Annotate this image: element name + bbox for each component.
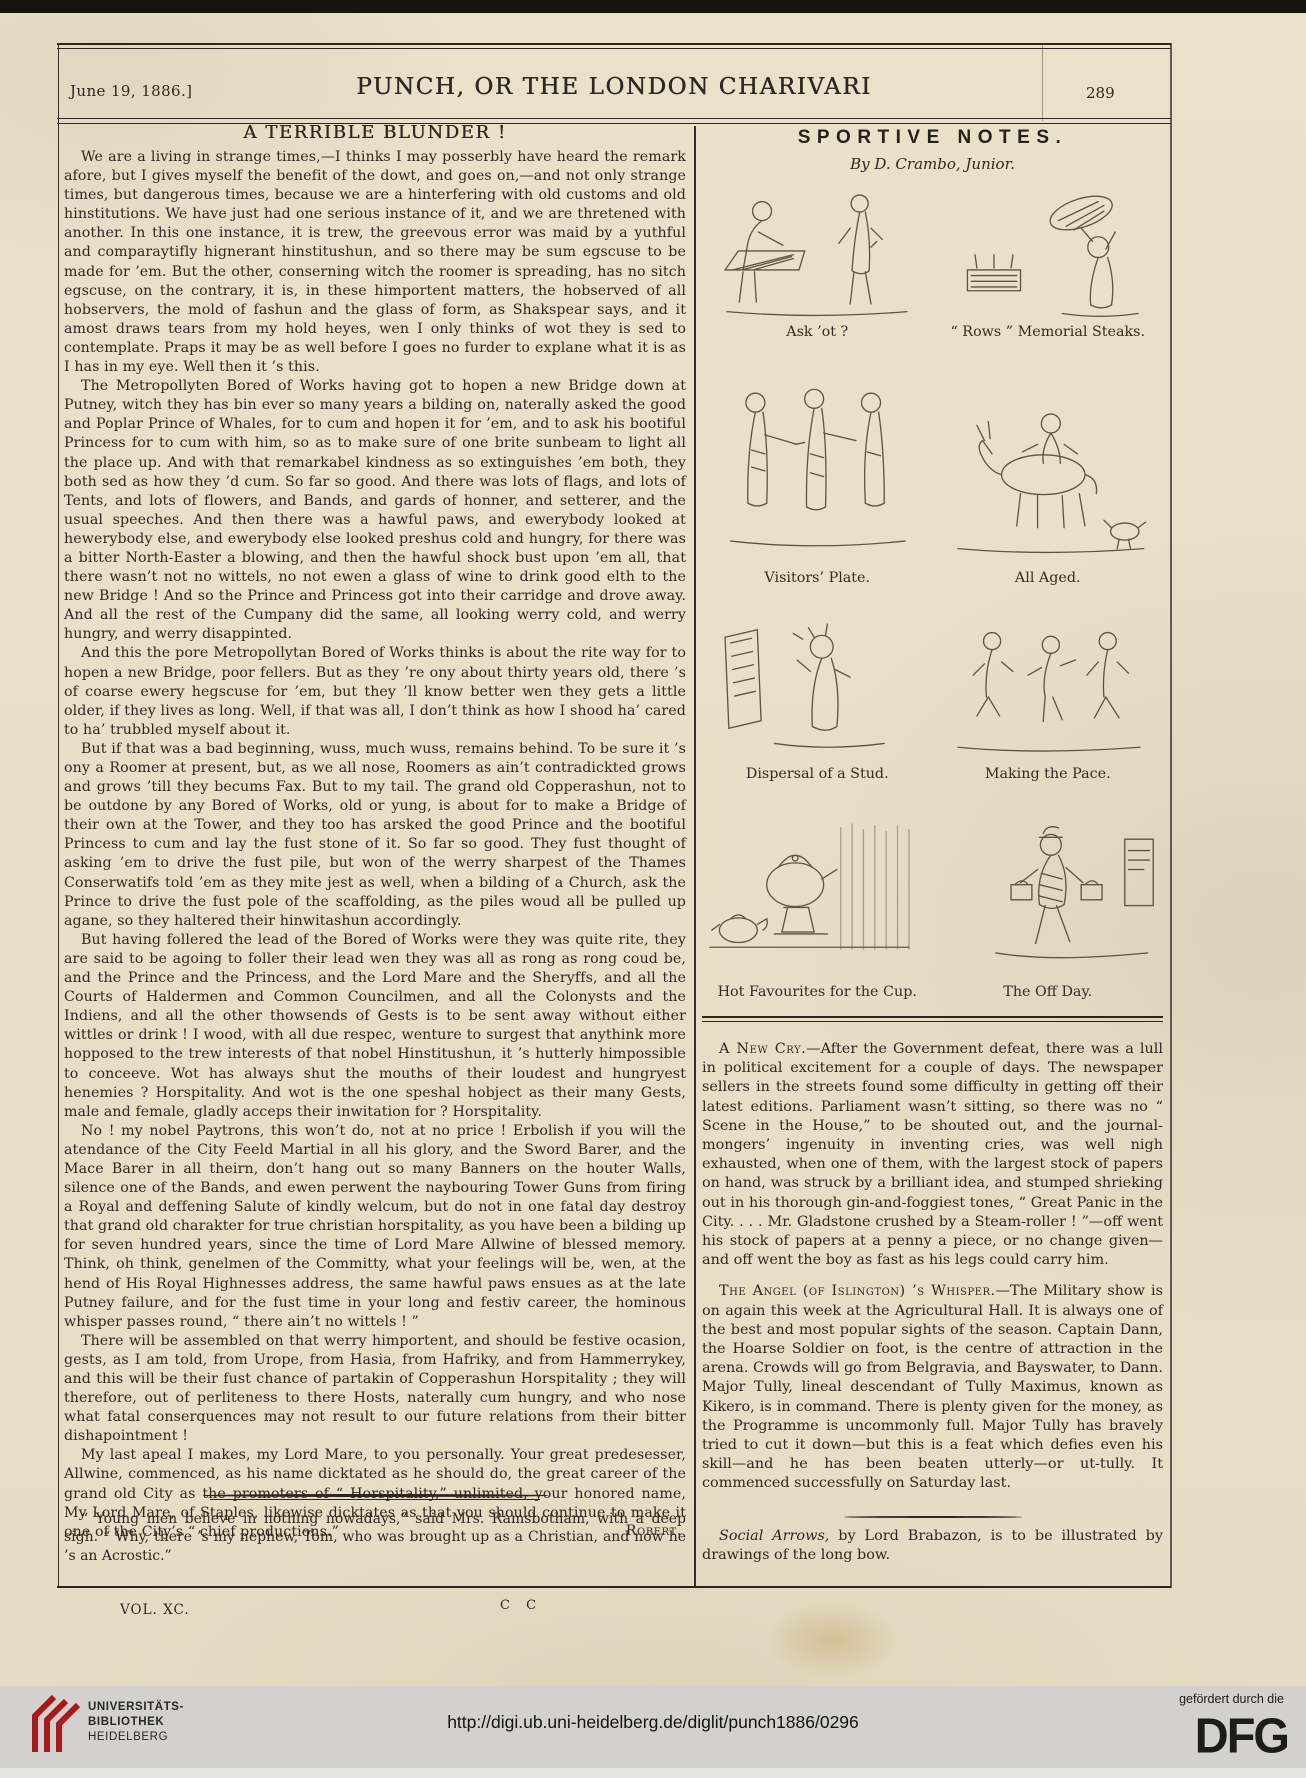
- cartoon-row-3: Dispersal of a Stud. Making the Pace.: [702, 612, 1163, 784]
- cartoon-row-2: Visitors’ Plate. All Aged.: [702, 370, 1163, 588]
- sportive-notes-title: SPORTIVE NOTES.: [702, 127, 1163, 149]
- scan-source-url: http://digi.ub.uni-heidelberg.de/diglit/…: [0, 1712, 1306, 1733]
- press-signature-mark: C C: [500, 1598, 542, 1613]
- cartoon-caption: The Off Day.: [1003, 982, 1092, 1002]
- cartoon-caption: Making the Pace.: [985, 764, 1111, 784]
- cartoon-caption: All Aged.: [1015, 568, 1081, 588]
- frame-rule-left: [58, 43, 60, 1588]
- cartoon-row-1: Ask ’ot ? “ Rows ” Memorial Steaks.: [702, 178, 1163, 342]
- note-separator-rule: [844, 1516, 1022, 1518]
- cartoon-caption: Visitors’ Plate.: [764, 568, 870, 588]
- article-paragraph-2: The Metropollyten Bored of Works having …: [64, 377, 686, 644]
- cartoon-off-day: The Off Day.: [933, 812, 1164, 1002]
- scan-top-edge: [0, 0, 1306, 13]
- cartoon-dispersal-of-a-stud: Dispersal of a Stud.: [702, 612, 933, 784]
- page-title: PUNCH, OR THE LONDON CHARIVARI: [57, 74, 1171, 100]
- cartoon-hot-favourites-illustration: [708, 812, 926, 982]
- note-body: —After the Government defeat, there was …: [702, 1041, 1163, 1268]
- cartoon-making-the-pace: Making the Pace.: [933, 612, 1164, 784]
- cartoon-visitors-plate-illustration: [708, 370, 926, 568]
- dfg-logo: DFG: [1195, 1707, 1288, 1764]
- screenshot-root: June 19, 1886.] PUNCH, OR THE LONDON CHA…: [0, 0, 1306, 1778]
- cartoon-ask-ot-illustration: [708, 178, 926, 322]
- article-body: We are a living in strange times,—I thin…: [64, 148, 686, 1539]
- article-title: A TERRIBLE BLUNDER !: [64, 122, 686, 143]
- social-arrows-block: Social Arrows, by Lord Brabazon, is to b…: [702, 1516, 1163, 1565]
- article-paragraph-5: But having follered the lead of the Bore…: [64, 931, 686, 1122]
- article-paragraph-1: We are a living in strange times,—I thin…: [64, 148, 686, 377]
- header-rule-a: [57, 118, 1171, 119]
- cartoon-making-the-pace-illustration: [939, 612, 1157, 764]
- footer-quote-block: “ Young men believe in nothing nowadays,…: [64, 1494, 686, 1566]
- article-paragraph-3: And this the pore Metropollytan Bored of…: [64, 644, 686, 739]
- cartoon-caption: “ Rows ” Memorial Steaks.: [950, 322, 1145, 342]
- cartoon-caption: Hot Favourites for the Cup.: [718, 982, 917, 1002]
- notes-divider-rule-b: [702, 1021, 1163, 1022]
- column-divider-rule: [694, 126, 696, 1586]
- page-number: 289: [1086, 84, 1115, 102]
- cartoon-caption: Dispersal of a Stud.: [746, 764, 889, 784]
- frame-rule-top: [57, 43, 1171, 45]
- note-angel-whisper: The Angel (of Islington) ’s Whisper.—The…: [702, 1282, 1163, 1493]
- cartoon-all-aged-illustration: [939, 370, 1157, 568]
- cartoon-off-day-illustration: [939, 812, 1157, 982]
- cartoon-all-aged: All Aged.: [933, 370, 1164, 588]
- article-paragraph-7: There will be assembled on that werry hi…: [64, 1332, 686, 1447]
- note-body: —The Military show is on again this week…: [702, 1283, 1163, 1491]
- notes-divider-rule-a: [702, 1016, 1163, 1018]
- footer-bottom-strip: [0, 1768, 1306, 1778]
- note-lead: Social Arrows,: [719, 1528, 829, 1544]
- volume-label: VOL. XC.: [120, 1602, 190, 1618]
- note-lead: A New Cry.: [719, 1041, 806, 1057]
- article-paragraph-4: But if that was a bad beginning, wuss, m…: [64, 740, 686, 931]
- cartoon-row-4: Hot Favourites for the Cup. The Off Day.: [702, 812, 1163, 1002]
- cartoon-visitors-plate: Visitors’ Plate.: [702, 370, 933, 588]
- frame-rule-right: [1170, 43, 1172, 1588]
- section-divider-rule-thin: [210, 1499, 540, 1500]
- note-lead: The Angel (of Islington) ’s Whisper.: [719, 1283, 996, 1299]
- cartoon-rows-memorial-steaks: “ Rows ” Memorial Steaks.: [933, 178, 1164, 342]
- article-paragraph-6: No ! my nobel Paytrons, this won’t do, n…: [64, 1122, 686, 1332]
- cartoon-caption: Ask ’ot ?: [786, 322, 848, 342]
- cartoon-rows-memorial-steaks-illustration: [939, 178, 1157, 322]
- section-divider-rule: [203, 1494, 548, 1497]
- cartoon-ask-ot: Ask ’ot ?: [702, 178, 933, 342]
- cartoon-dispersal-of-a-stud-illustration: [708, 612, 926, 764]
- sportive-notes-text: A New Cry.—After the Government defeat, …: [702, 1040, 1163, 1494]
- ramsbotham-quote: “ Young men believe in nothing nowadays,…: [64, 1510, 686, 1566]
- note-new-cry: A New Cry.—After the Government defeat, …: [702, 1040, 1163, 1270]
- frame-rule-bottom: [57, 1586, 1171, 1588]
- cartoon-hot-favourites: Hot Favourites for the Cup.: [702, 812, 933, 1002]
- dfg-funding-note: gefördert durch die: [1179, 1692, 1284, 1706]
- frame-rule-top-thin: [57, 48, 1171, 49]
- sportive-notes-byline: By D. Crambo, Junior.: [702, 155, 1163, 173]
- note-social-arrows: Social Arrows, by Lord Brabazon, is to b…: [702, 1527, 1163, 1565]
